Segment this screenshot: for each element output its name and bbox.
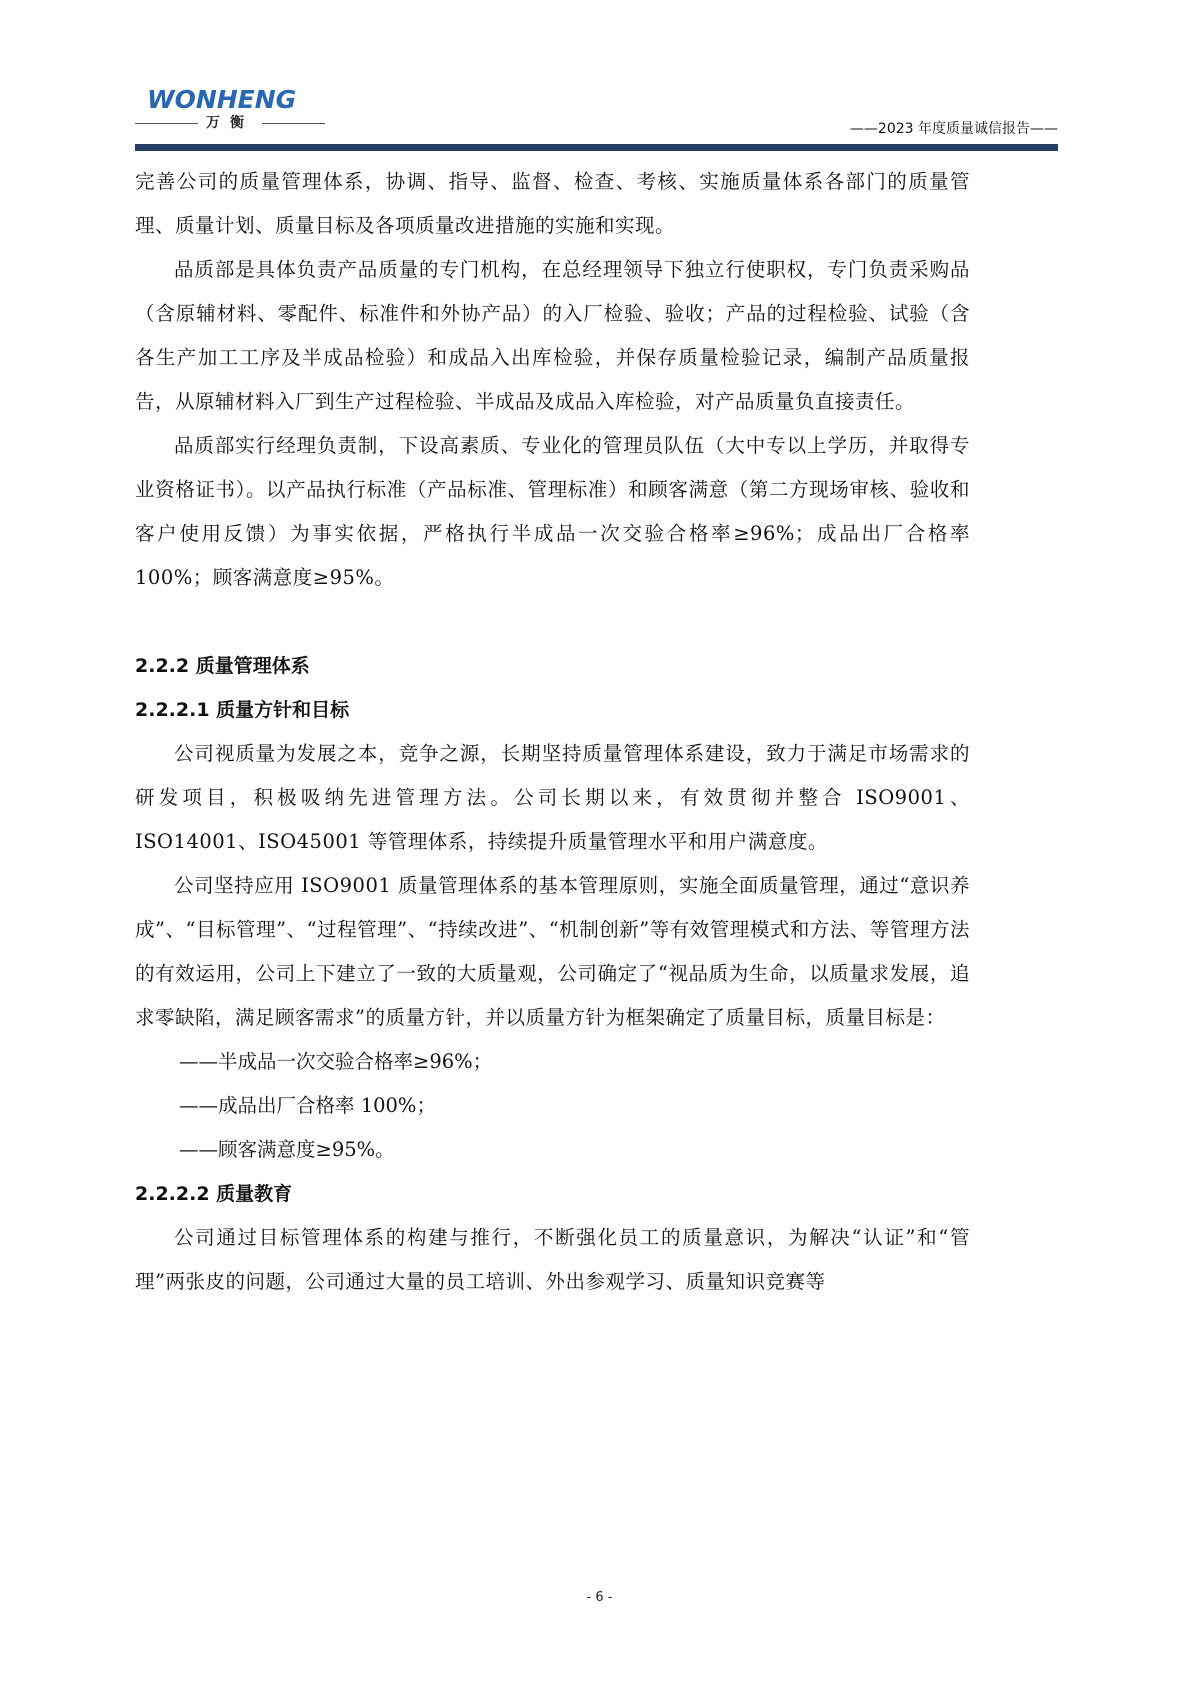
goal-item: ——成品出厂合格率 100%； <box>135 1084 970 1128</box>
heading-quality-education: 2.2.2.2 质量教育 <box>135 1172 970 1216</box>
goal-item: ——顾客满意度≥95%。 <box>135 1128 970 1172</box>
logo-rule-left <box>135 123 198 124</box>
paragraph-quality-department: 品质部是具体负责产品质量的专门机构，在总经理领导下独立行使职权，专门负责采购品（… <box>135 248 970 424</box>
logo-rule-right <box>262 123 325 124</box>
document-body: 完善公司的质量管理体系，协调、指导、监督、检查、考核、实施质量体系各部门的质量管… <box>135 160 970 1304</box>
paragraph-responsibilities-continued: 完善公司的质量管理体系，协调、指导、监督、检查、考核、实施质量体系各部门的质量管… <box>135 160 970 248</box>
page-header: WONHENG 万衡 ——2023 年度质量诚信报告—— <box>135 82 1058 152</box>
report-title: ——2023 年度质量诚信报告—— <box>850 118 1058 138</box>
goal-item: ——半成品一次交验合格率≥96%； <box>135 1040 970 1084</box>
company-logo: WONHENG 万衡 <box>135 82 325 132</box>
header-divider-bar <box>135 144 1058 151</box>
section-spacer <box>135 600 970 644</box>
logo-wordmark: WONHENG <box>147 86 296 114</box>
heading-quality-management-system: 2.2.2 质量管理体系 <box>135 644 970 688</box>
heading-quality-policy-goals: 2.2.2.1 质量方针和目标 <box>135 688 970 732</box>
paragraph-iso9001-principles: 公司坚持应用 ISO9001 质量管理体系的基本管理原则，实施全面质量管理，通过… <box>135 864 970 1040</box>
logo-subtitle: 万衡 <box>135 115 325 131</box>
page-number: - 6 - <box>0 1590 1199 1605</box>
logo-chinese-name: 万衡 <box>198 115 262 131</box>
paragraph-quality-education: 公司通过目标管理体系的构建与推行，不断强化员工的质量意识，为解决“认证”和“管理… <box>135 1216 970 1304</box>
paragraph-quality-foundation: 公司视质量为发展之本，竞争之源，长期坚持质量管理体系建设，致力于满足市场需求的研… <box>135 732 970 864</box>
paragraph-manager-responsibility: 品质部实行经理负责制，下设高素质、专业化的管理员队伍（大中专以上学历，并取得专业… <box>135 424 970 600</box>
